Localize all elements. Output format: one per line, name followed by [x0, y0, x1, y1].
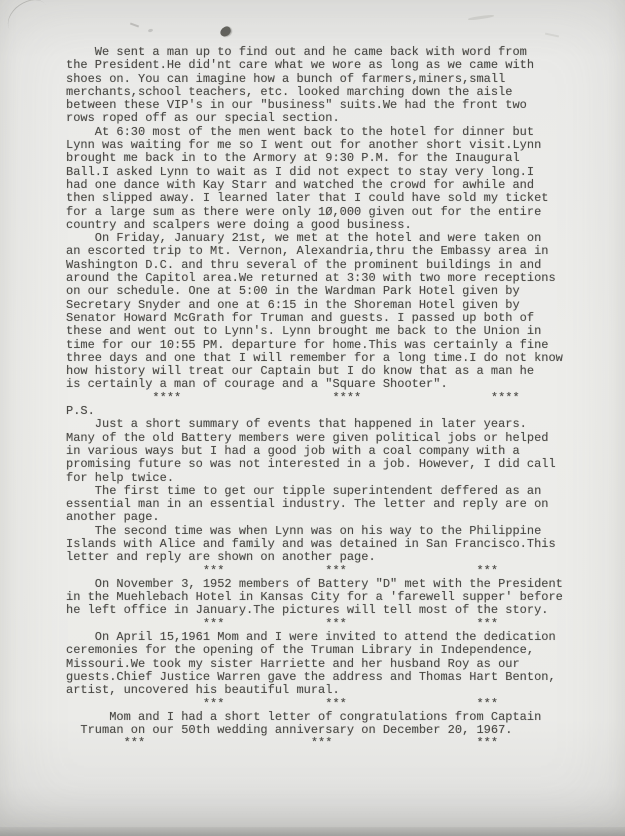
text-line: On November 3, 1952 members of Battery "… [66, 578, 617, 591]
text-line: time for our 10:55 PM. departure for hom… [66, 339, 617, 352]
text-line: P.S. [66, 405, 617, 418]
text-line: these and went out to Lynn's. Lynn broug… [66, 325, 617, 338]
paper-smudge [468, 14, 494, 21]
text-line: letter and reply are shown on another pa… [66, 551, 617, 564]
text-line: is certainly a man of courage and a "Squ… [66, 378, 617, 391]
text-line: on our schedule. One at 5:00 in the Ward… [66, 285, 617, 298]
text-line: country and scalpers were doing a good b… [66, 219, 617, 232]
text-line: an escorted trip to Mt. Vernon, Alexandr… [66, 245, 617, 258]
pencil-mark [130, 23, 139, 28]
text-line: merchants,school teachers, etc. looked m… [66, 86, 617, 99]
typewritten-text: We sent a man up to find out and he came… [66, 46, 617, 751]
text-line: around the Capitol area.We returned at 3… [66, 272, 617, 285]
text-line: shoes on. You can imagine how a bunch of… [66, 73, 617, 86]
text-line: The first time to get our tipple superin… [66, 485, 617, 498]
text-line: for a large sum as there were only 1Ø,00… [66, 206, 617, 219]
text-line: in various ways but I had a good job wit… [66, 445, 617, 458]
pencil-mark [1, 0, 55, 43]
text-line: Washington D.C. and thru several of the … [66, 259, 617, 272]
text-line: essential man in an essential industry. … [66, 498, 617, 511]
text-line: *** *** *** [66, 618, 617, 631]
text-line: guests.Chief Justice Warren gave the add… [66, 671, 617, 684]
text-line: then slipped away. I learned later that … [66, 192, 617, 205]
ink-smudge [219, 25, 233, 38]
text-line: another page. [66, 511, 617, 524]
text-line: Truman on our 50th wedding anniversary o… [66, 724, 617, 737]
text-line: had one dance with Kay Starr and watched… [66, 179, 617, 192]
pencil-mark [148, 28, 154, 32]
text-line: Just a short summary of events that happ… [66, 418, 617, 431]
text-line: *** *** *** [66, 737, 617, 750]
text-line: **** **** **** [66, 392, 617, 405]
text-line: Secretary Snyder and one at 6:15 in the … [66, 299, 617, 312]
text-line: how history will treat our Captain but I… [66, 365, 617, 378]
text-line: Islands with Alice and family and was de… [66, 538, 617, 551]
text-line: three days and one that I will remember … [66, 352, 617, 365]
text-line: Missouri.We took my sister Harriette and… [66, 658, 617, 671]
text-line: Lynn was waiting for me so I went out fo… [66, 139, 617, 152]
scan-edge-shadow [0, 827, 625, 836]
text-line: Senator Howard McGrath for Truman and gu… [66, 312, 617, 325]
text-line: the President.He did'nt care what we wor… [66, 59, 617, 72]
text-line: On Friday, January 21st, we met at the h… [66, 232, 617, 245]
text-line: artist, uncovered his beautiful mural. [66, 684, 617, 697]
text-line: brought me back in to the Armory at 9:30… [66, 152, 617, 165]
text-line: he left office in January.The pictures w… [66, 604, 617, 617]
text-line: Ball.I asked Lynn to wait as I did not e… [66, 166, 617, 179]
text-line: between these VIP's in our "business" su… [66, 99, 617, 112]
text-line: *** *** *** [66, 565, 617, 578]
text-line: for help twice. [66, 472, 617, 485]
text-line: Mom and I had a short letter of congratu… [66, 711, 617, 724]
text-line: We sent a man up to find out and he came… [66, 46, 617, 59]
text-line: promising future so was not interested i… [66, 458, 617, 471]
text-line: On April 15,1961 Mom and I were invited … [66, 631, 617, 644]
text-line: The second time was when Lynn was on his… [66, 525, 617, 538]
text-line: in the Muehlebach Hotel in Kansas City f… [66, 591, 617, 604]
text-line: At 6:30 most of the men went back to the… [66, 126, 617, 139]
text-line: *** *** *** [66, 698, 617, 711]
paper-smudge [545, 33, 559, 38]
text-line: rows roped off as our special section. [66, 112, 617, 125]
scanned-page: We sent a man up to find out and he came… [0, 0, 625, 836]
text-line: ceremonies for the opening of the Truman… [66, 644, 617, 657]
text-line: Many of the old Battery members were giv… [66, 432, 617, 445]
